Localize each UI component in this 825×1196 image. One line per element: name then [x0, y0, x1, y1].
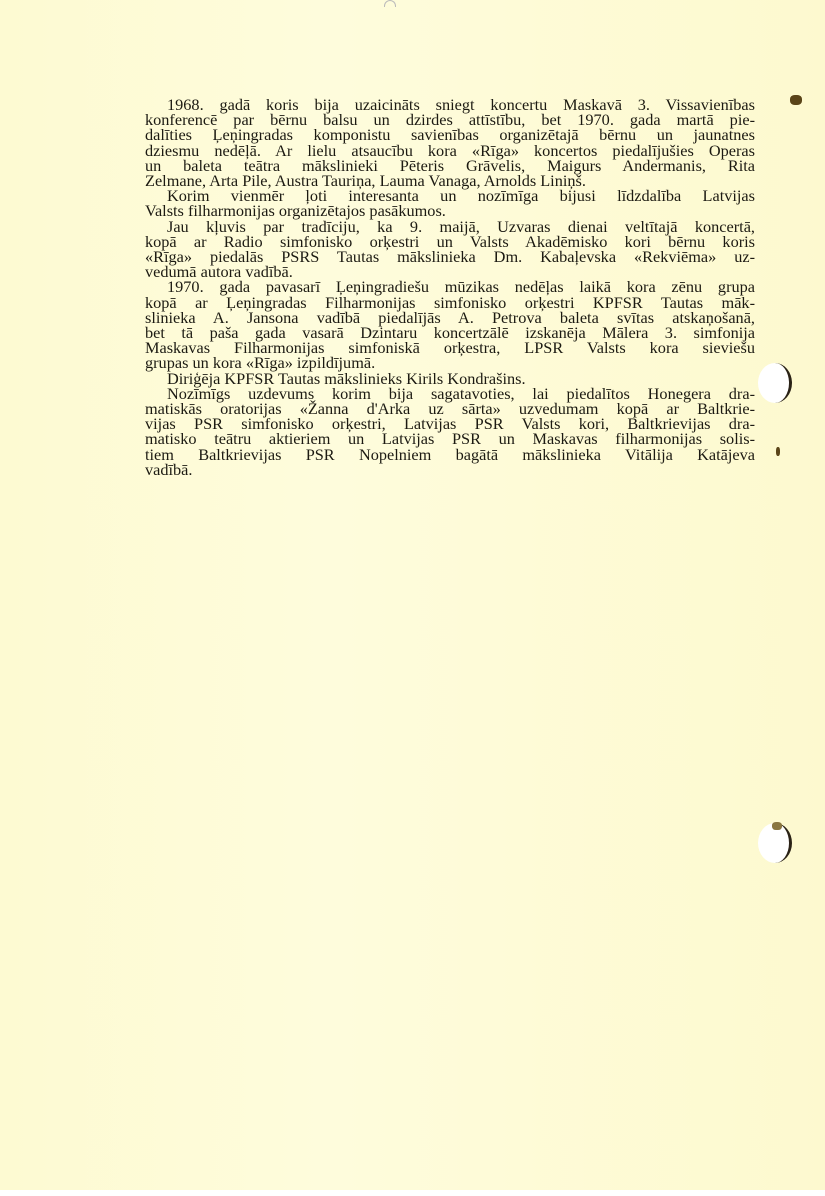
text-line: vadībā.: [145, 462, 755, 477]
ink-stain: [790, 95, 802, 105]
ink-speck: [772, 822, 782, 830]
punch-hole-upper: [758, 363, 792, 403]
ink-mark: [776, 447, 780, 456]
page-top-mark: [384, 0, 396, 7]
text-line: tiem Baltkrievijas PSR Nopelniem bagātā …: [145, 447, 755, 462]
page-bottom-edge: [0, 1190, 825, 1196]
body-text: 1968. gadā koris bija uzaicināts sniegt …: [145, 97, 755, 477]
